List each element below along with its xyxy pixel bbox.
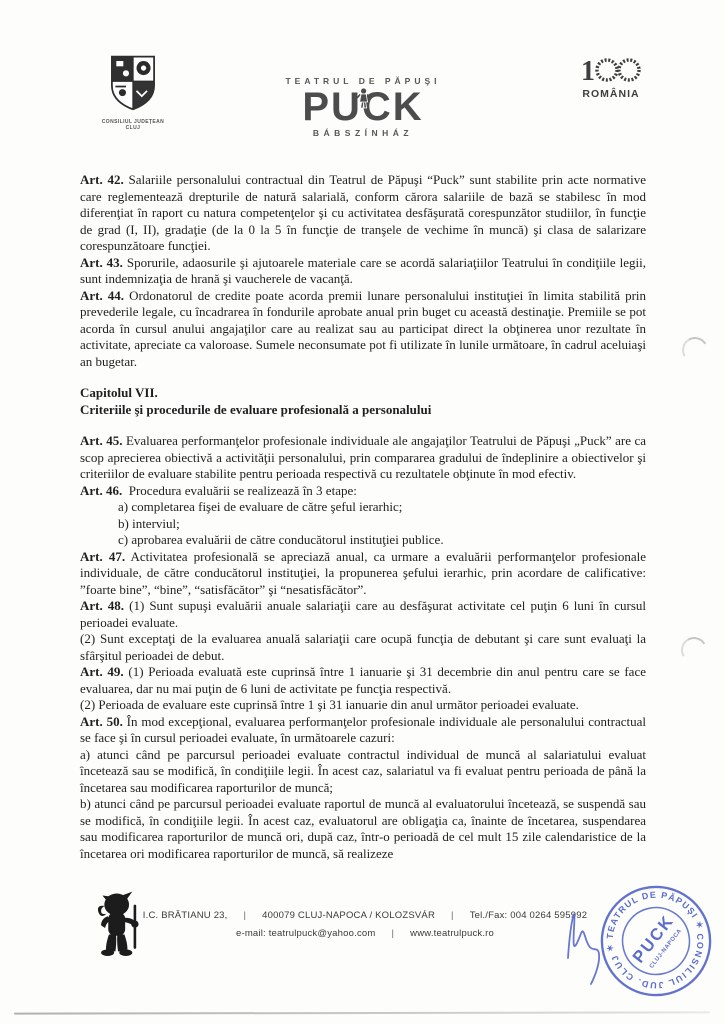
art-49-1-text: (1) Perioada evaluată este cuprinsă într… <box>80 664 646 696</box>
footer-separator: | <box>244 910 247 921</box>
footer-email: e-mail: teatrulpuck@yahoo.com <box>236 928 376 939</box>
svg-text:1: 1 <box>581 56 595 85</box>
art-45-text: Evaluarea performanţelor profesionale in… <box>80 433 646 481</box>
imp-figure-icon <box>92 888 144 968</box>
centenary-country-label: ROMÂNIA <box>576 88 646 100</box>
puck-theatre-logo: TEATRUL DE PĂPUŞI PUCK BÁBSZÍNHÁZ <box>283 76 443 138</box>
paragraph-art-50-b: b) atunci când pe parcursul perioadei ev… <box>80 796 646 862</box>
art-47-text: Activitatea profesională se apreciază an… <box>80 549 646 597</box>
art-46-step-b: b) interviul; <box>80 516 646 533</box>
art-44-label: Art. 44. <box>80 288 124 303</box>
paragraph-art-48-1: Art. 48. (1) Sunt supuşi evaluării anual… <box>80 598 646 631</box>
paragraph-art-48-2: (2) Sunt exceptaţi de la evaluarea anual… <box>80 631 646 664</box>
footer-web-row: e-mail: teatrulpuck@yahoo.com | www.teat… <box>150 928 580 939</box>
art-48-1-text: (1) Sunt supuşi evaluării anuale salaria… <box>80 598 646 630</box>
puck-mascot-silhouette <box>92 888 144 973</box>
art-45-label: Art. 45. <box>80 433 122 448</box>
county-council-coat-of-arms: CONSILIUL JUDEŢEAN CLUJ <box>98 54 168 131</box>
hole-punch-mark <box>678 634 710 666</box>
art-50-text: În mod excepţional, evaluarea performanţ… <box>80 714 646 746</box>
paragraph-art-42: Art. 42. Salariile personalului contract… <box>80 172 646 255</box>
footer-address-row: I.C. BRĂTIANU 23, | 400079 CLUJ-NAPOCA /… <box>150 910 580 921</box>
footer-separator: | <box>451 910 454 921</box>
logo-text-bottom: BÁBSZÍNHÁZ <box>283 128 443 138</box>
document-page: CONSILIUL JUDEŢEAN CLUJ TEATRUL DE PĂPUŞ… <box>0 0 725 1024</box>
logo-wordmark: PUCK <box>283 86 443 128</box>
romania-centenary-logo: 1 ROMÂNIA <box>576 55 646 100</box>
shield-icon <box>106 54 160 112</box>
paragraph-art-44: Art. 44. Ordonatorul de credite poate ac… <box>80 288 646 371</box>
document-body: Art. 42. Salariile personalului contract… <box>80 172 646 862</box>
chapter-subtitle: Criteriile şi procedurile de evaluare pr… <box>80 402 646 419</box>
footer-separator: | <box>392 928 395 939</box>
art-46-step-c: c) aprobarea evaluării de către conducăt… <box>80 532 646 549</box>
hole-punch-mark <box>679 334 711 366</box>
art-50-b-text: b) atunci când pe parcursul perioadei ev… <box>80 796 646 861</box>
paragraph-art-43: Art. 43. Sporurile, adaosurile şi ajutoa… <box>80 255 646 288</box>
paragraph-art-46: Art. 46. Procedura evaluării se realizea… <box>80 483 646 500</box>
art-50-a-text: a) atunci când pe parcursul perioadei ev… <box>80 747 646 795</box>
art-48-label: Art. 48. <box>80 598 124 613</box>
art-49-label: Art. 49. <box>80 664 124 679</box>
art-44-text: Ordonatorul de credite poate acorda prem… <box>80 288 646 369</box>
art-50-label: Art. 50. <box>80 714 123 729</box>
art-46-step-a: a) completarea fişei de evaluare de cătr… <box>80 499 646 516</box>
paragraph-art-50-a: a) atunci când pe parcursul perioadei ev… <box>80 747 646 797</box>
footer-city: 400079 CLUJ-NAPOCA / KOLOZSVÁR <box>262 910 435 921</box>
art-42-text: Salariile personalului contractual din T… <box>80 172 646 253</box>
puppet-silhouette-icon <box>356 87 371 109</box>
art-46-label: Art. 46. <box>80 483 122 498</box>
art-46-text: Procedura evaluării se realizează în 3 e… <box>129 483 357 498</box>
chapter-title: Capitolul VII. <box>80 385 646 402</box>
paragraph-art-47: Art. 47. Activitatea profesională se apr… <box>80 549 646 599</box>
footer-address: I.C. BRĂTIANU 23, <box>143 910 228 921</box>
art-49-2-text: (2) Perioada de evaluare este cuprinsă î… <box>80 697 579 712</box>
art-43-text: Sporurile, adaosurile şi ajutoarele mate… <box>80 255 646 287</box>
shield-caption-line2: CLUJ <box>98 125 168 131</box>
footer-website: www.teatrulpuck.ro <box>410 928 494 939</box>
art-43-label: Art. 43. <box>80 255 123 270</box>
chapter-heading: Capitolul VII. Criteriile şi procedurile… <box>80 385 646 418</box>
scan-edge-shadow <box>14 1011 710 1014</box>
paragraph-art-50: Art. 50. În mod excepţional, evaluarea p… <box>80 714 646 747</box>
art-46-steps-list: a) completarea fişei de evaluare de cătr… <box>80 499 646 549</box>
art-42-label: Art. 42. <box>80 172 124 187</box>
paragraph-art-49-1: Art. 49. (1) Perioada evaluată este cupr… <box>80 664 646 697</box>
footer-contact-info: I.C. BRĂTIANU 23, | 400079 CLUJ-NAPOCA /… <box>150 910 580 946</box>
paragraph-art-49-2: (2) Perioada de evaluare este cuprinsă î… <box>80 697 646 714</box>
centenary-100-icon: 1 <box>579 55 643 85</box>
paragraph-art-45: Art. 45. Evaluarea performanţelor profes… <box>80 433 646 483</box>
art-47-label: Art. 47. <box>80 549 125 564</box>
art-48-2-text: (2) Sunt exceptaţi de la evaluarea anual… <box>80 631 646 663</box>
